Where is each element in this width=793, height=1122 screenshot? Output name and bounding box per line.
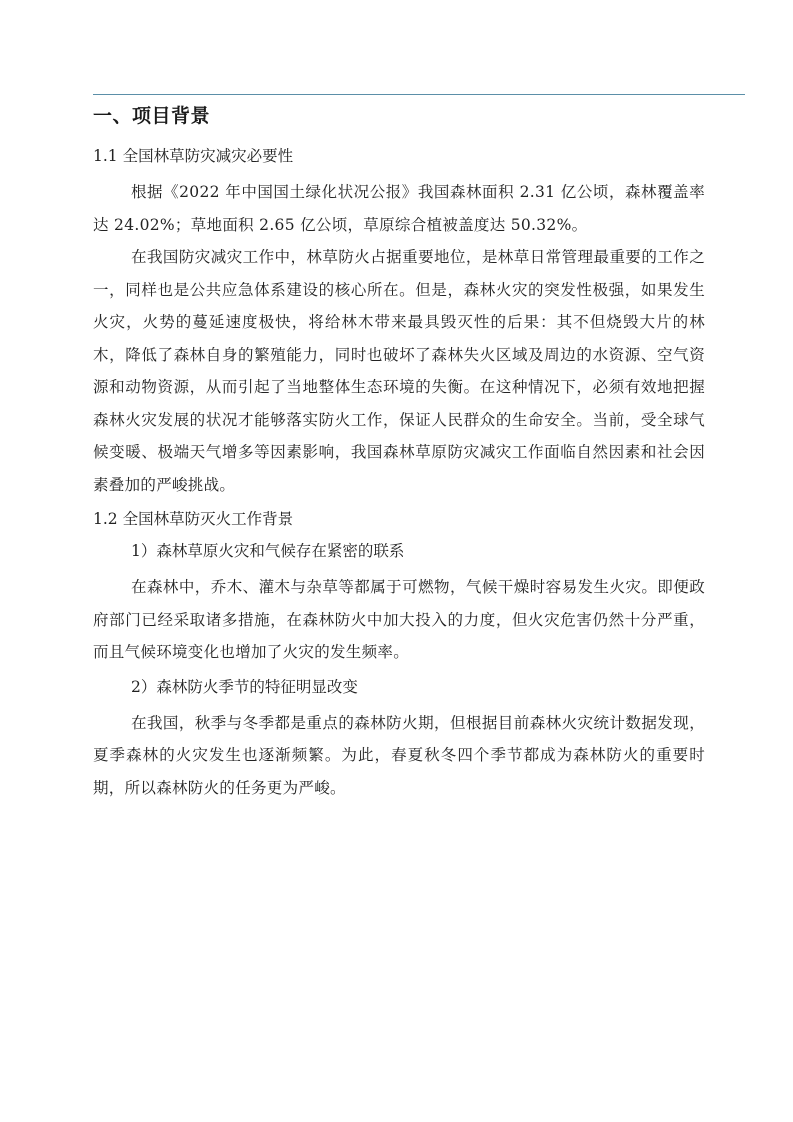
section-heading-1-1: 1.1 全国林草防灾减灾必要性 — [93, 144, 705, 168]
heading-project-background: 一、项目背景 — [93, 102, 705, 130]
subsection-heading-season-change: 2）森林防火季节的特征明显改变 — [93, 675, 705, 699]
paragraph-climate-link: 在森林中，乔木、灌木与杂草等都属于可燃物，气候干燥时容易发生火灾。即便政府部门已… — [93, 571, 705, 669]
paragraph-forest-statistics: 根据《2022 年中国国土绿化状况公报》我国森林面积 2.31 亿公顷，森林覆盖… — [93, 176, 705, 241]
section-heading-1-2: 1.2 全国林草防灭火工作背景 — [93, 507, 705, 531]
header-rule — [93, 94, 745, 95]
paragraph-fire-prevention-importance: 在我国防灾减灾工作中，林草防火占据重要地位，是林草日常管理最重要的工作之一，同样… — [93, 241, 705, 501]
paragraph-season-change: 在我国，秋季与冬季都是重点的森林防火期，但根据目前森林火灾统计数据发现，夏季森林… — [93, 707, 705, 805]
document-page: 一、项目背景 1.1 全国林草防灾减灾必要性 根据《2022 年中国国土绿化状况… — [93, 102, 705, 804]
subsection-heading-climate-link: 1）森林草原火灾和气候存在紧密的联系 — [93, 539, 705, 563]
